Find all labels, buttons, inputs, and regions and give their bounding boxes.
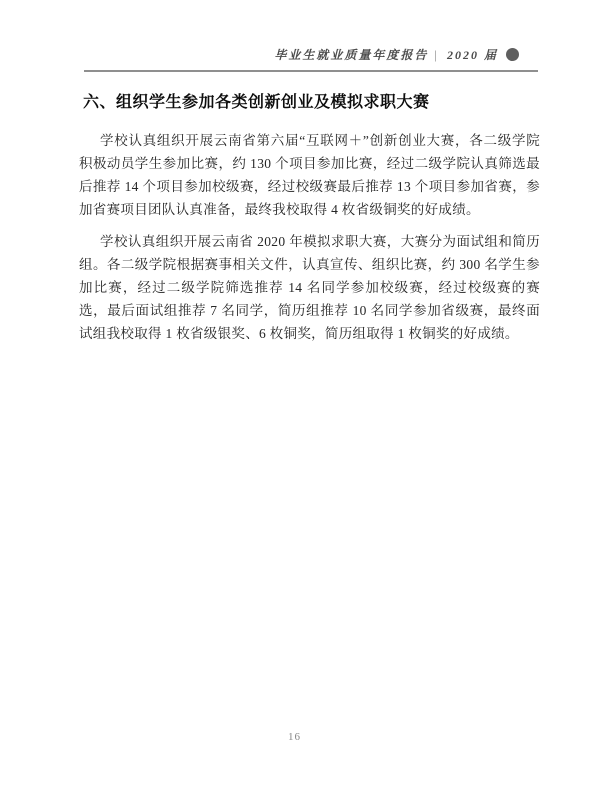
document-page: 毕业生就业质量年度报告 | 2020 届 六、组织学生参加各类创新创业及模拟求职…	[0, 0, 589, 800]
page-number: 16	[0, 731, 589, 743]
paragraph-2: 学校认真组织开展云南省 2020 年模拟求职大赛，大赛分为面试组和简历组。各二级…	[79, 230, 540, 345]
page-header: 毕业生就业质量年度报告 | 2020 届	[274, 46, 519, 63]
header-report-title: 毕业生就业质量年度报告	[274, 46, 428, 63]
header-dot-icon	[506, 48, 519, 61]
header-edition: 2020 届	[447, 46, 498, 63]
section-heading: 六、组织学生参加各类创新创业及模拟求职大赛	[83, 92, 540, 114]
section-content: 六、组织学生参加各类创新创业及模拟求职大赛 学校认真组织开展云南省第六届“互联网…	[79, 92, 540, 354]
paragraph-1: 学校认真组织开展云南省第六届“互联网＋”创新创业大赛，各二级学院积极动员学生参加…	[79, 129, 540, 221]
header-rule	[84, 70, 538, 72]
header-separator: |	[434, 47, 439, 63]
